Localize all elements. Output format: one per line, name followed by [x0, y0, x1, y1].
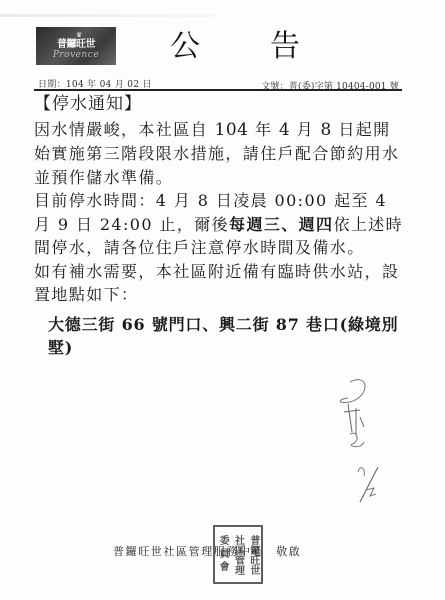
title-char-1: 公 [170, 30, 200, 64]
seal-text-1: 普鑼旺世 [248, 535, 259, 575]
notice-heading: 【停水通知】 [34, 93, 406, 117]
seal-text-3: 委員會 [217, 535, 228, 574]
header-divider [34, 89, 402, 91]
paragraph-schedule: 目前停水時間：4 月 8 日凌晨 00:00 起至 4 月 9 日 24:00 … [34, 189, 406, 260]
official-seal-stamp: 普鑼旺世 社區管理 委員會 [213, 525, 263, 584]
seal-text-2: 社區管理 [232, 535, 243, 575]
issuer-line: 普鑼旺世社區管理服務中心敬啟 [113, 543, 301, 559]
crown-icon: ♛ [76, 32, 82, 39]
seal-column-3: 委員會 [217, 527, 228, 582]
paragraph-supply-station: 如有補水需要，本社區附近備有臨時供水站，設置地點如下： [34, 260, 406, 307]
closing-phrase: 敬啟 [276, 545, 301, 558]
seal-column-2: 社區管理 [232, 527, 243, 582]
p1-month: 4 [279, 120, 290, 140]
logo-name: 普鑼旺世 [57, 39, 95, 50]
p1-text-mid2: 月 [290, 120, 320, 139]
p1-day: 8 [321, 120, 332, 140]
logo-script: Provence [53, 50, 99, 60]
p1-year: 104 [215, 120, 249, 140]
seal-column-1: 普鑼旺世 [248, 527, 259, 582]
announcement-page: ♛ 普鑼旺世 Provence 公 告 日期：104 年 04 月 02 日 文… [0, 0, 445, 600]
page-title: 公 告 [170, 30, 300, 64]
handwritten-signature [330, 372, 430, 507]
community-logo: ♛ 普鑼旺世 Provence [36, 27, 116, 65]
p1-text-pre: 因水情嚴峻，本社區自 [34, 120, 215, 139]
title-char-2: 告 [270, 30, 300, 64]
p1-text-mid1: 年 [248, 120, 278, 139]
notice-body: 【停水通知】 因水情嚴峻，本社區自 104 年 4 月 8 日起開始實施第三階段… [34, 93, 406, 360]
supply-station-address: 大德三街 66 號門口、興二街 87 巷口(綠境別墅) [34, 313, 406, 360]
paragraph-restriction: 因水情嚴峻，本社區自 104 年 4 月 8 日起開始實施第三階段限水措施，請住… [34, 118, 406, 190]
p2-weekday-emphasis: 每週三、週四 [229, 215, 333, 234]
scan-artifact [0, 14, 220, 17]
